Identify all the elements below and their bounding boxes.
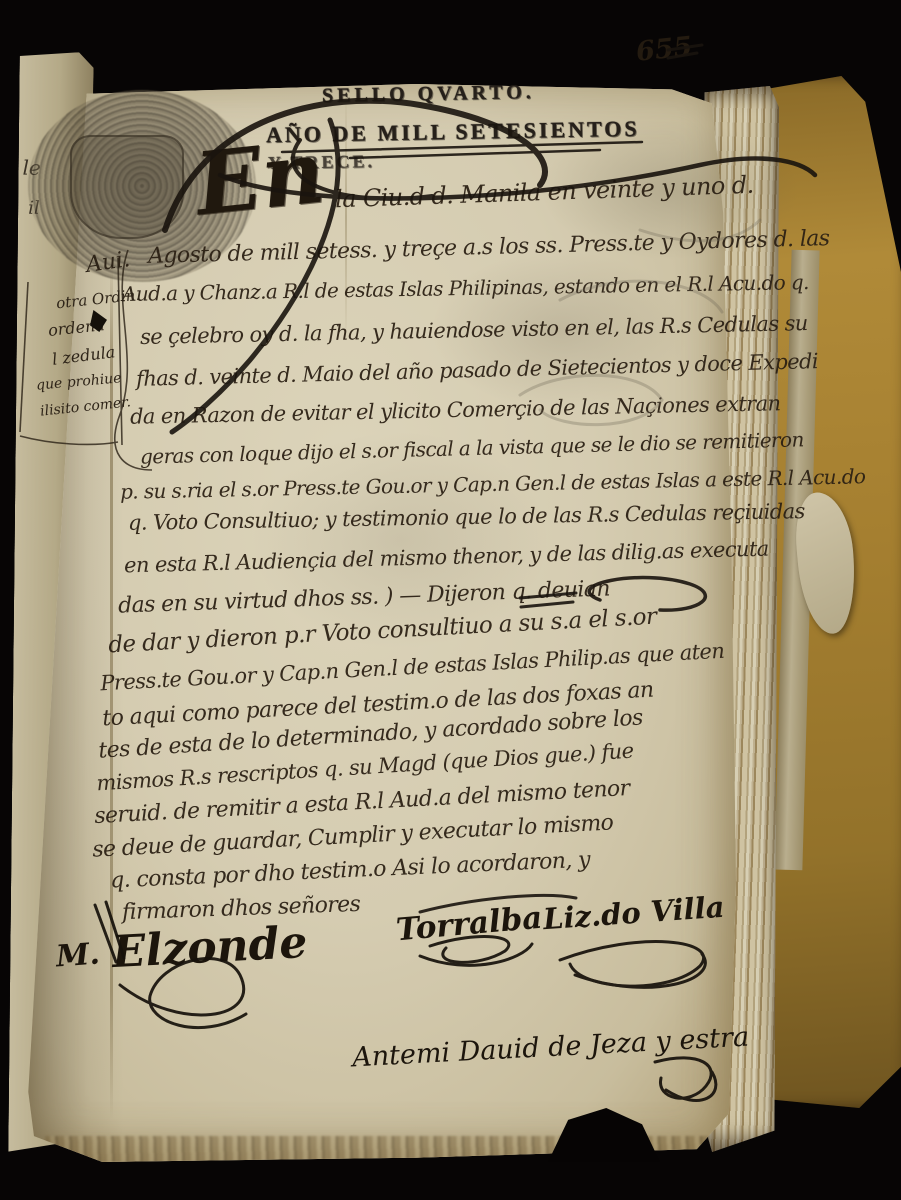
opening-initial: En xyxy=(191,122,329,236)
signature-initial: M. xyxy=(55,937,101,975)
folio-number: 655 xyxy=(635,31,694,68)
signature-left: Elzonde xyxy=(111,917,309,978)
seal-coat-of-arms xyxy=(70,135,184,239)
stamp-text-sello-quarto: SELLO QVARTO. xyxy=(322,81,535,108)
photograph-background: le il SELLO QVARTO. AÑO DE MILL SETESIEN… xyxy=(0,0,901,1200)
